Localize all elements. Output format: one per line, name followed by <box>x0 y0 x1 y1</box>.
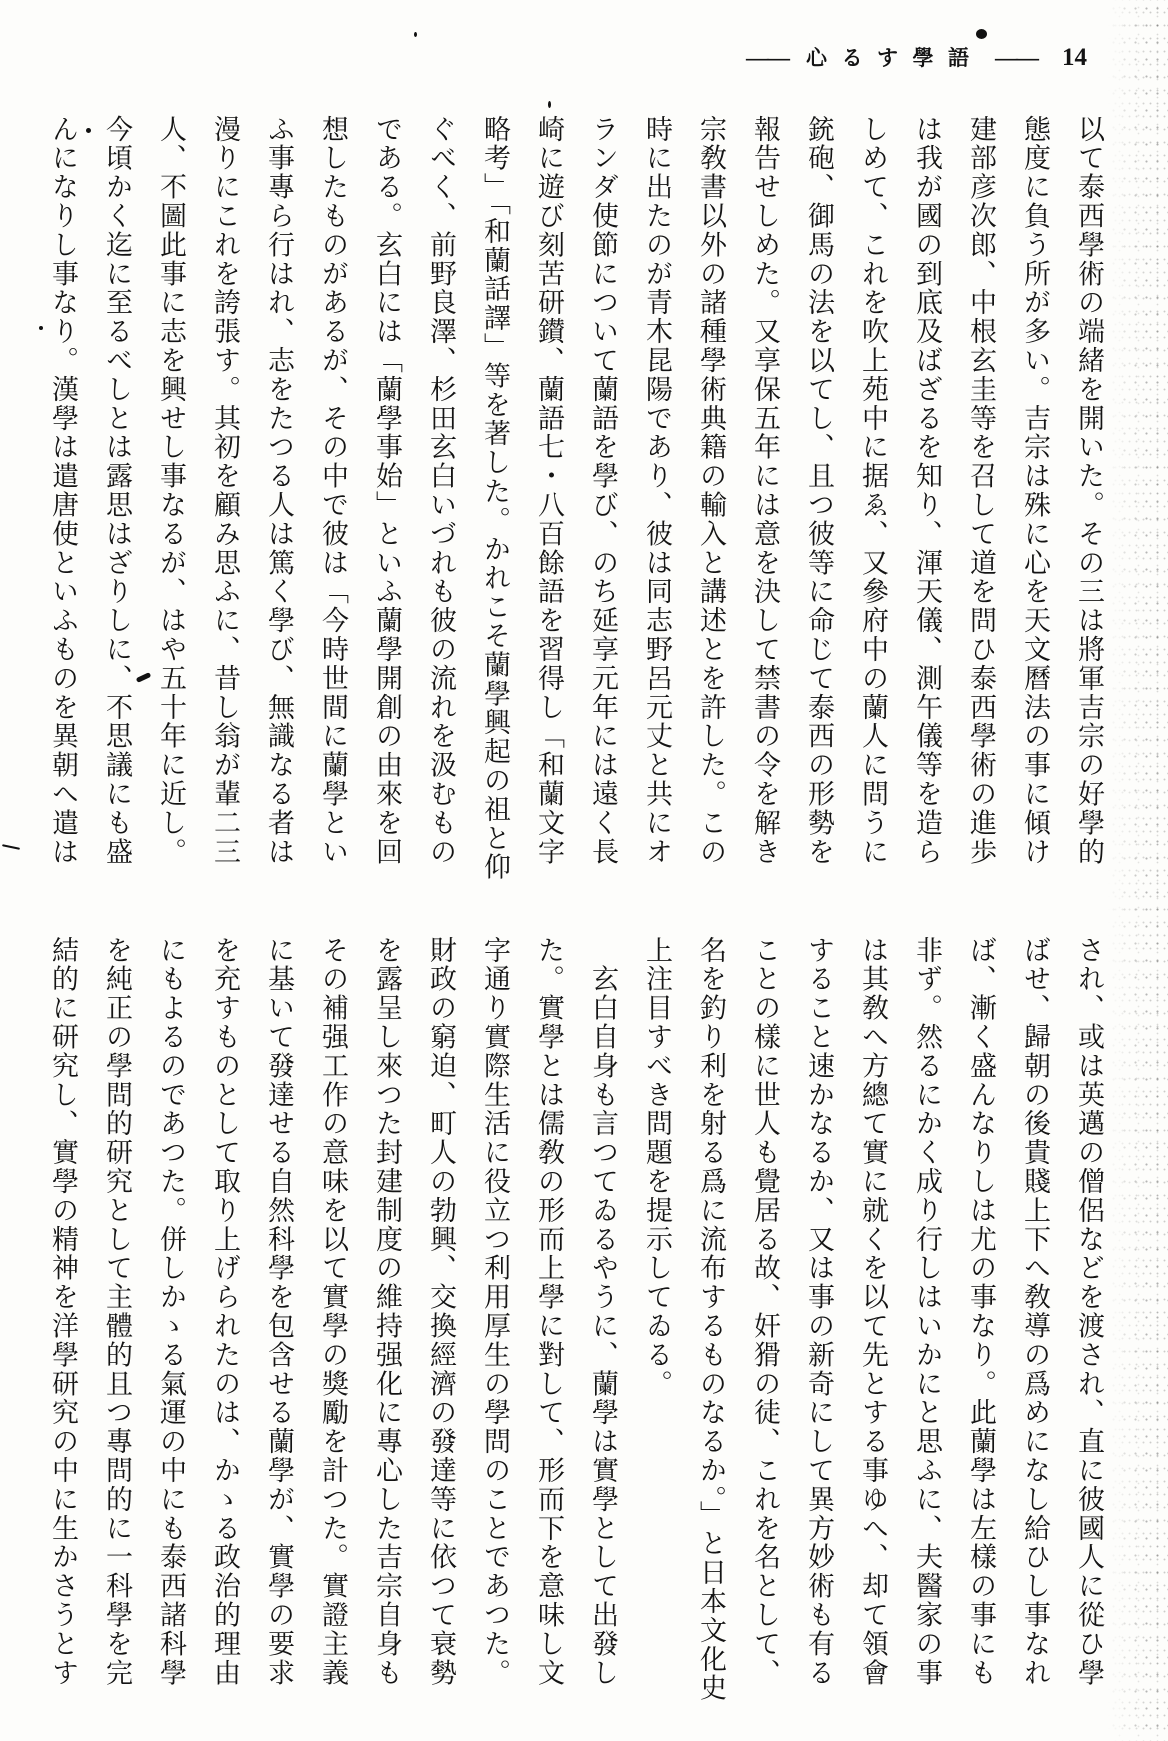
scan-speck <box>548 101 551 108</box>
text-column: を露呈し來つた封建制度の維持强化に專心した吉宗自身も <box>359 936 413 1688</box>
page-number: 14 <box>1062 42 1087 74</box>
text-column: んになりし事なり。漢學は遣唐使といふものを異朝へ遣は <box>35 115 89 867</box>
text-column: 銃砲、御馬の法を以てし、且つ彼等に命じて泰西の形勢を <box>791 115 845 867</box>
text-column: すること速かなるか、又は事の新奇にして異方妙術も有る <box>791 936 845 1688</box>
text-column: ことの樣に世人も覺居る故、奸猾の徒、これを名として、 <box>737 936 791 1688</box>
text-column: 名を釣り利を射る爲に流布するものなるか。」と日本文化史 <box>683 936 737 1688</box>
text-column: ランダ使節について蘭語を學び、のち延享元年には遠く長 <box>575 115 629 867</box>
scan-edge-noise <box>1108 0 1168 1741</box>
scanned-book-page: —— 語學する心 —— 14 以て泰西學術の端緒を開いた。その三は將軍吉宗の好學… <box>0 0 1168 1741</box>
text-column: 時に出たのが青木昆陽であり、彼は同志野呂元丈と共にオ <box>629 115 683 867</box>
text-column: は我が國の到底及ばざるを知り、渾天儀、測午儀等を造ら <box>899 115 953 867</box>
text-column: 人、不圖此事に志を興せし事なるが、はや五十年に近し。 <box>143 115 197 867</box>
text-column: ふ事專ら行はれ、志をたつる人は篤く學び、無識なる者は <box>251 115 305 867</box>
text-column: である。玄白には「蘭學事始」といふ蘭學開創の由來を回 <box>359 115 413 867</box>
text-column: 上注目すべき問題を提示してゐる。 <box>629 936 683 1688</box>
text-column: 以て泰西學術の端緒を開いた。その三は將軍吉宗の好學的 <box>1061 115 1115 867</box>
text-column: に基いて發達せる自然科學を包含せる蘭學が、實學の要求 <box>251 936 305 1688</box>
text-column: され、或は英邁の僧侶などを渡され、直に彼國人に從ひ學 <box>1061 936 1115 1688</box>
text-column: は其敎へ方總て實に就くを以て先とする事ゆへ、却て領會 <box>845 936 899 1688</box>
text-column: 崎に遊び刻苦研鑚、蘭語七・八百餘語を習得し「和蘭文字 <box>521 115 575 867</box>
text-column: 略考」「和蘭話譯」等を著した。かれこそ蘭學興起の祖と仰 <box>467 115 521 867</box>
text-column: を充すものとして取り上げられたのは、かゝる政治的理由 <box>197 936 251 1688</box>
text-column: 宗敎書以外の諸種學術典籍の輸入と講述とを許した。この <box>683 115 737 867</box>
running-title: 語學する心 <box>806 42 984 74</box>
header-dash-right: —— <box>995 42 1037 74</box>
upper-text-block: 以て泰西學術の端緒を開いた。その三は將軍吉宗の好學的 態度に負う所が多い。吉宗は… <box>35 115 1115 867</box>
paragraph-start-column: 玄白自身も言つてゐるやうに、蘭學は實學として出發し <box>575 936 629 1688</box>
text-column: ば、漸く盛んなりしは尤の事なり。此蘭學は左樣の事にも <box>953 936 1007 1688</box>
text-column: 字通り實際生活に役立つ利用厚生の學問のことであつた。 <box>467 936 521 1688</box>
scan-speck <box>2 844 20 850</box>
text-column: た。實學とは儒敎の形而上學に對して、形而下を意味し文 <box>521 936 575 1688</box>
text-column: 建部彦次郎、中根玄圭等を召して道を問ひ泰西學術の進歩 <box>953 115 1007 867</box>
lower-text-block: され、或は英邁の僧侶などを渡され、直に彼國人に從ひ學 ばせ、歸朝の後貴賤上下へ敎… <box>35 936 1115 1688</box>
text-column: その補强工作の意味を以て實學の獎勵を計つた。實證主義 <box>305 936 359 1688</box>
text-column: ばせ、歸朝の後貴賤上下へ敎導の爲めになし給ひし事なれ <box>1007 936 1061 1688</box>
text-column: 今頃かく迄に至るべしとは露思はざりしに、不思議にも盛 <box>89 115 143 867</box>
scan-speck <box>976 29 987 39</box>
text-column: にもよるのであつた。併しかゝる氣運の中にも泰西諸科學 <box>143 936 197 1688</box>
text-column: 想したものがあるが、その中で彼は「今時世間に蘭學とい <box>305 115 359 867</box>
text-column: を純正の學問的研究として主體的且つ專問的に一科學を完 <box>89 936 143 1688</box>
text-column: 態度に負う所が多い。吉宗は殊に心を天文曆法の事に傾け <box>1007 115 1061 867</box>
text-column: 結的に研究し、實學の精神を洋學研究の中に生かさうとす <box>35 936 89 1688</box>
text-column: 漫りにこれを誇張す。其初を顧み思ふに、昔し翁が輩二三 <box>197 115 251 867</box>
text-column: 報告せしめた。又享保五年には意を決して禁書の令を解き <box>737 115 791 867</box>
scan-speck <box>414 32 417 37</box>
header-dash-left: —— <box>746 42 788 74</box>
text-column: しめて、これを吹上苑中に据ゑ、又參府中の蘭人に問うに <box>845 115 899 867</box>
text-column: ぐべく、前野良澤、杉田玄白いづれも彼の流れを汲むもの <box>413 115 467 867</box>
text-column: 非ず。然るにかく成り行しはいかにと思ふに、夫醫家の事 <box>899 936 953 1688</box>
text-column: 財政の窮迫、町人の勃興、交換經濟の發達等に依つて衰勢 <box>413 936 467 1688</box>
